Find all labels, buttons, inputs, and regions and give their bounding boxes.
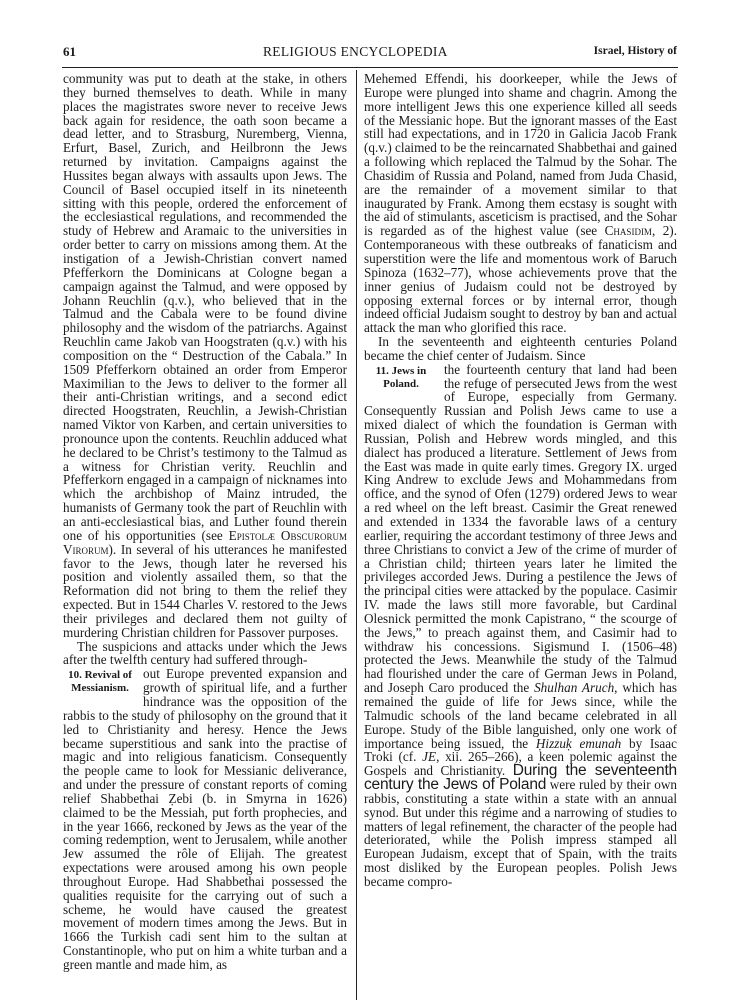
page-number: 61 xyxy=(63,44,76,60)
header-rule xyxy=(62,67,678,68)
paragraph-suspicions: The suspicions and attacks under which t… xyxy=(63,640,347,668)
running-topic: Israel, History of xyxy=(594,45,677,57)
paragraph-frank-chasidim: Mehemed Effendi, his doorkeeper, while t… xyxy=(364,72,677,335)
column-divider xyxy=(356,70,357,1000)
paragraph-jews-in-poland: 11. Jews in Poland.the fourteenth centur… xyxy=(364,363,677,889)
running-title: RELIGIOUS ENCYCLOPEDIA xyxy=(263,44,448,60)
left-column: community was put to death at the stake,… xyxy=(63,72,347,972)
cross-reference: Chasidim xyxy=(605,223,652,238)
paragraph-poland-intro: In the seventeenth and eighteenth centur… xyxy=(364,335,677,363)
section-sidenote-11: 11. Jews in Poland. xyxy=(364,365,438,391)
book-title: Shulhan Aruch xyxy=(534,680,614,695)
section-sidenote-10: 10. Revival of Messianism. xyxy=(63,669,137,695)
right-column: Mehemed Effendi, his doorkeeper, while t… xyxy=(364,72,677,889)
page-header: 61 RELIGIOUS ENCYCLOPEDIA Israel, Histor… xyxy=(63,40,677,64)
book-title: Ḥizzuḳ emunah xyxy=(536,736,621,751)
paragraph-persecutions: community was put to death at the stake,… xyxy=(63,72,347,640)
paragraph-messianism: 10. Revival of Messianism.out Europe pre… xyxy=(63,667,347,972)
